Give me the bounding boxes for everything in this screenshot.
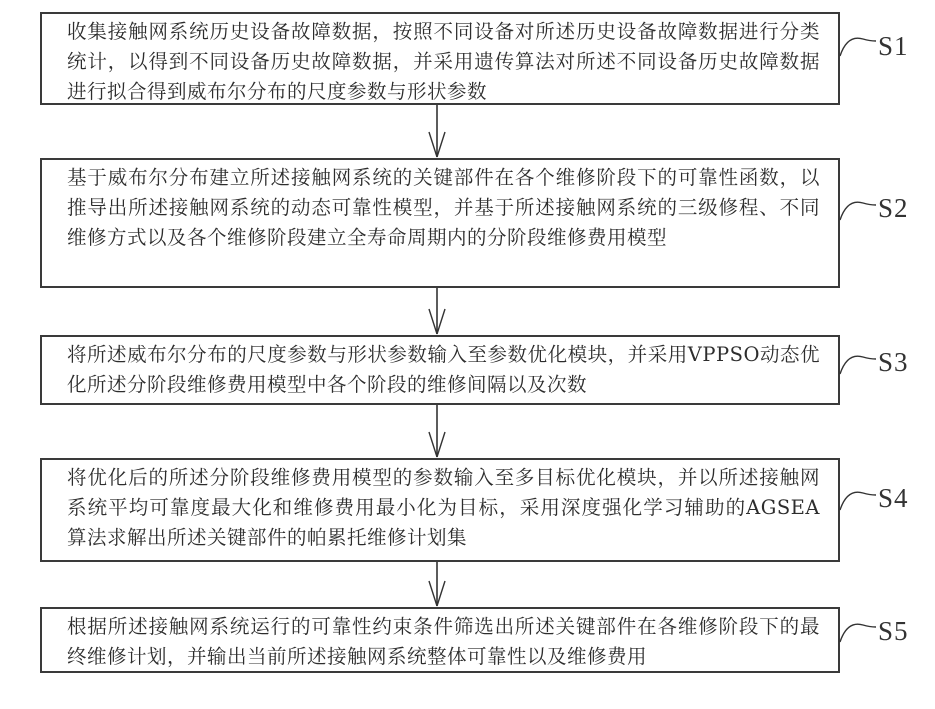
step-box-s3: 将所述威布尔分布的尺度参数与形状参数输入至参数优化模块，并采用VPPSO动态优化… xyxy=(40,335,840,405)
leader-curve-s2 xyxy=(839,196,877,222)
step-label-s4: S4 xyxy=(878,483,909,514)
leader-curve-s1 xyxy=(839,32,877,58)
step-text-s4: 将优化后的所述分阶段维修费用模型的参数输入至多目标优化模块，并以所述接触网系统平… xyxy=(42,460,838,553)
step-label-s1: S1 xyxy=(878,31,909,62)
down-arrow-1-icon xyxy=(419,105,455,159)
patent-flowchart: 收集接触网系统历史设备故障数据，按照不同设备对所述历史设备故障数据进行分类统计，… xyxy=(0,0,935,709)
leader-curve-s3 xyxy=(839,350,877,376)
step-label-s3: S3 xyxy=(878,347,909,378)
down-arrow-3-icon xyxy=(419,405,455,459)
step-box-s5: 根据所述接触网系统运行的可靠性约束条件筛选出所述关键部件在各维修阶段下的最终维修… xyxy=(40,607,840,673)
step-text-s5: 根据所述接触网系统运行的可靠性约束条件筛选出所述关键部件在各维修阶段下的最终维修… xyxy=(42,609,838,672)
leader-curve-s4 xyxy=(839,486,877,512)
step-label-s5: S5 xyxy=(878,616,909,647)
step-text-s2: 基于威布尔分布建立所述接触网系统的关键部件在各个维修阶段下的可靠性函数，以推导出… xyxy=(42,160,838,253)
step-text-s3: 将所述威布尔分布的尺度参数与形状参数输入至参数优化模块，并采用VPPSO动态优化… xyxy=(42,337,838,400)
down-arrow-2-icon xyxy=(419,288,455,336)
step-box-s2: 基于威布尔分布建立所述接触网系统的关键部件在各个维修阶段下的可靠性函数，以推导出… xyxy=(40,158,840,288)
step-text-s1: 收集接触网系统历史设备故障数据，按照不同设备对所述历史设备故障数据进行分类统计，… xyxy=(42,14,838,107)
down-arrow-4-icon xyxy=(419,562,455,608)
leader-curve-s5 xyxy=(839,618,877,644)
step-label-s2: S2 xyxy=(878,193,909,224)
step-box-s4: 将优化后的所述分阶段维修费用模型的参数输入至多目标优化模块，并以所述接触网系统平… xyxy=(40,458,840,562)
step-box-s1: 收集接触网系统历史设备故障数据，按照不同设备对所述历史设备故障数据进行分类统计，… xyxy=(40,12,840,105)
